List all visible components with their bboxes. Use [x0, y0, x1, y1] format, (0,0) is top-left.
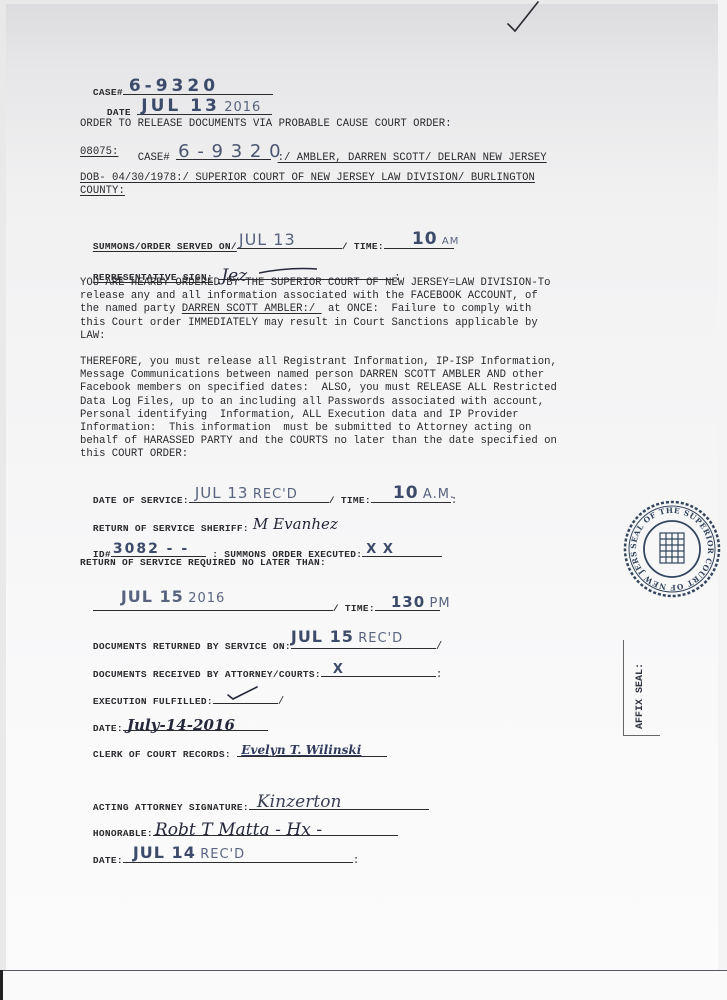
order-case-stamp: 6 - 9 3 2 0	[178, 141, 281, 162]
id-field: 3082 - -	[111, 542, 206, 557]
paper-right-edge	[718, 0, 727, 970]
order-paragraph-1: YOU ARE HEARBY ORDERED BY THE SUPERIOR C…	[80, 277, 625, 343]
scanner-edge	[0, 970, 3, 1000]
order-paragraph-2: THEREFORE, you must release all Registra…	[80, 356, 625, 462]
county-line: COUNTY:	[80, 184, 125, 198]
date-of-service-field: JUL 13 REC'D	[189, 488, 329, 503]
return-required-time-field: 130 PM	[375, 596, 440, 611]
summons-date-field: JUL 13	[237, 234, 342, 249]
case-number-field: 6-9320	[123, 80, 273, 95]
case-number-stamp: 6-9320	[129, 76, 219, 96]
summons-executed-field: X X	[362, 542, 442, 557]
summons-time-stamp: 10	[412, 229, 438, 249]
order-case-field: 6 - 9 3 2 0	[176, 145, 271, 160]
return-required-label: RETURN OF SERVICE REQUIRED NO LATER THAN…	[80, 556, 326, 570]
id-stamp: 3082 - -	[113, 541, 189, 557]
clerk-row: CLERK OF COURT RECORDS: Evelyn T. Wilins…	[80, 728, 387, 762]
return-required-row: JUL 15 2016/ TIME:130 PM	[80, 582, 440, 616]
service-time-field: 10 A.M.	[371, 488, 451, 503]
affix-seal-box: AFFIX SEAL:	[623, 640, 660, 736]
order-title: ORDER TO RELEASE DOCUMENTS VIA PROBABLE …	[80, 117, 452, 131]
execution-checkmark-icon	[227, 685, 259, 701]
summons-date-stamp: JUL 13	[239, 230, 296, 249]
order-case-label: CASE#	[138, 152, 170, 164]
clerk-field: Evelyn T. Wilinski	[237, 742, 387, 757]
final-date-row: DATE:JUL 14 REC'D:	[80, 834, 359, 868]
case-header-row: CASE#6-9320 DATE JUL 13 2016	[80, 66, 273, 120]
return-required-date-field: JUL 15 2016	[93, 596, 333, 611]
top-checkmark-icon	[505, 0, 545, 36]
summons-time-field: 10 AM	[384, 234, 454, 249]
final-date-label: DATE:	[93, 855, 123, 866]
final-date-field: JUL 14 REC'D	[123, 848, 353, 863]
date-field: JUL 13 2016	[137, 100, 272, 115]
summons-row: SUMMONS/ORDER SERVED ON/JUL 13/ TIME:10 …	[80, 220, 454, 254]
scanner-bed-strip	[0, 970, 727, 1000]
clerk-name: Evelyn T. Wilinski	[241, 743, 361, 757]
party-name: :/ AMBLER, DARREN SCOTT/ DELRAN NEW JERS…	[278, 152, 547, 164]
returned-date-field: JUL 15 REC'D	[291, 634, 436, 649]
affix-seal-label: AFFIX SEAL:	[635, 663, 646, 729]
named-party: DARREN SCOTT AMBLER:/	[182, 303, 322, 315]
dob-court-line: DOB- 04/30/1978:/ SUPERIOR COURT OF NEW …	[80, 171, 535, 185]
date-stamp: JUL 13	[141, 96, 220, 116]
case-label: CASE#	[93, 87, 123, 98]
order-case-row: CASE# 6 - 9 3 2 0 :/ AMBLER, DARREN SCOT…	[80, 131, 547, 165]
clerk-label: CLERK OF COURT RECORDS:	[93, 749, 231, 760]
court-seal-icon: SEAL OF THE SUPERIOR COURT OF NEW JERSEY	[622, 499, 722, 599]
zip-code: 08075:	[80, 145, 118, 159]
received-field: X	[321, 662, 436, 677]
date-year: 2016	[224, 100, 261, 115]
